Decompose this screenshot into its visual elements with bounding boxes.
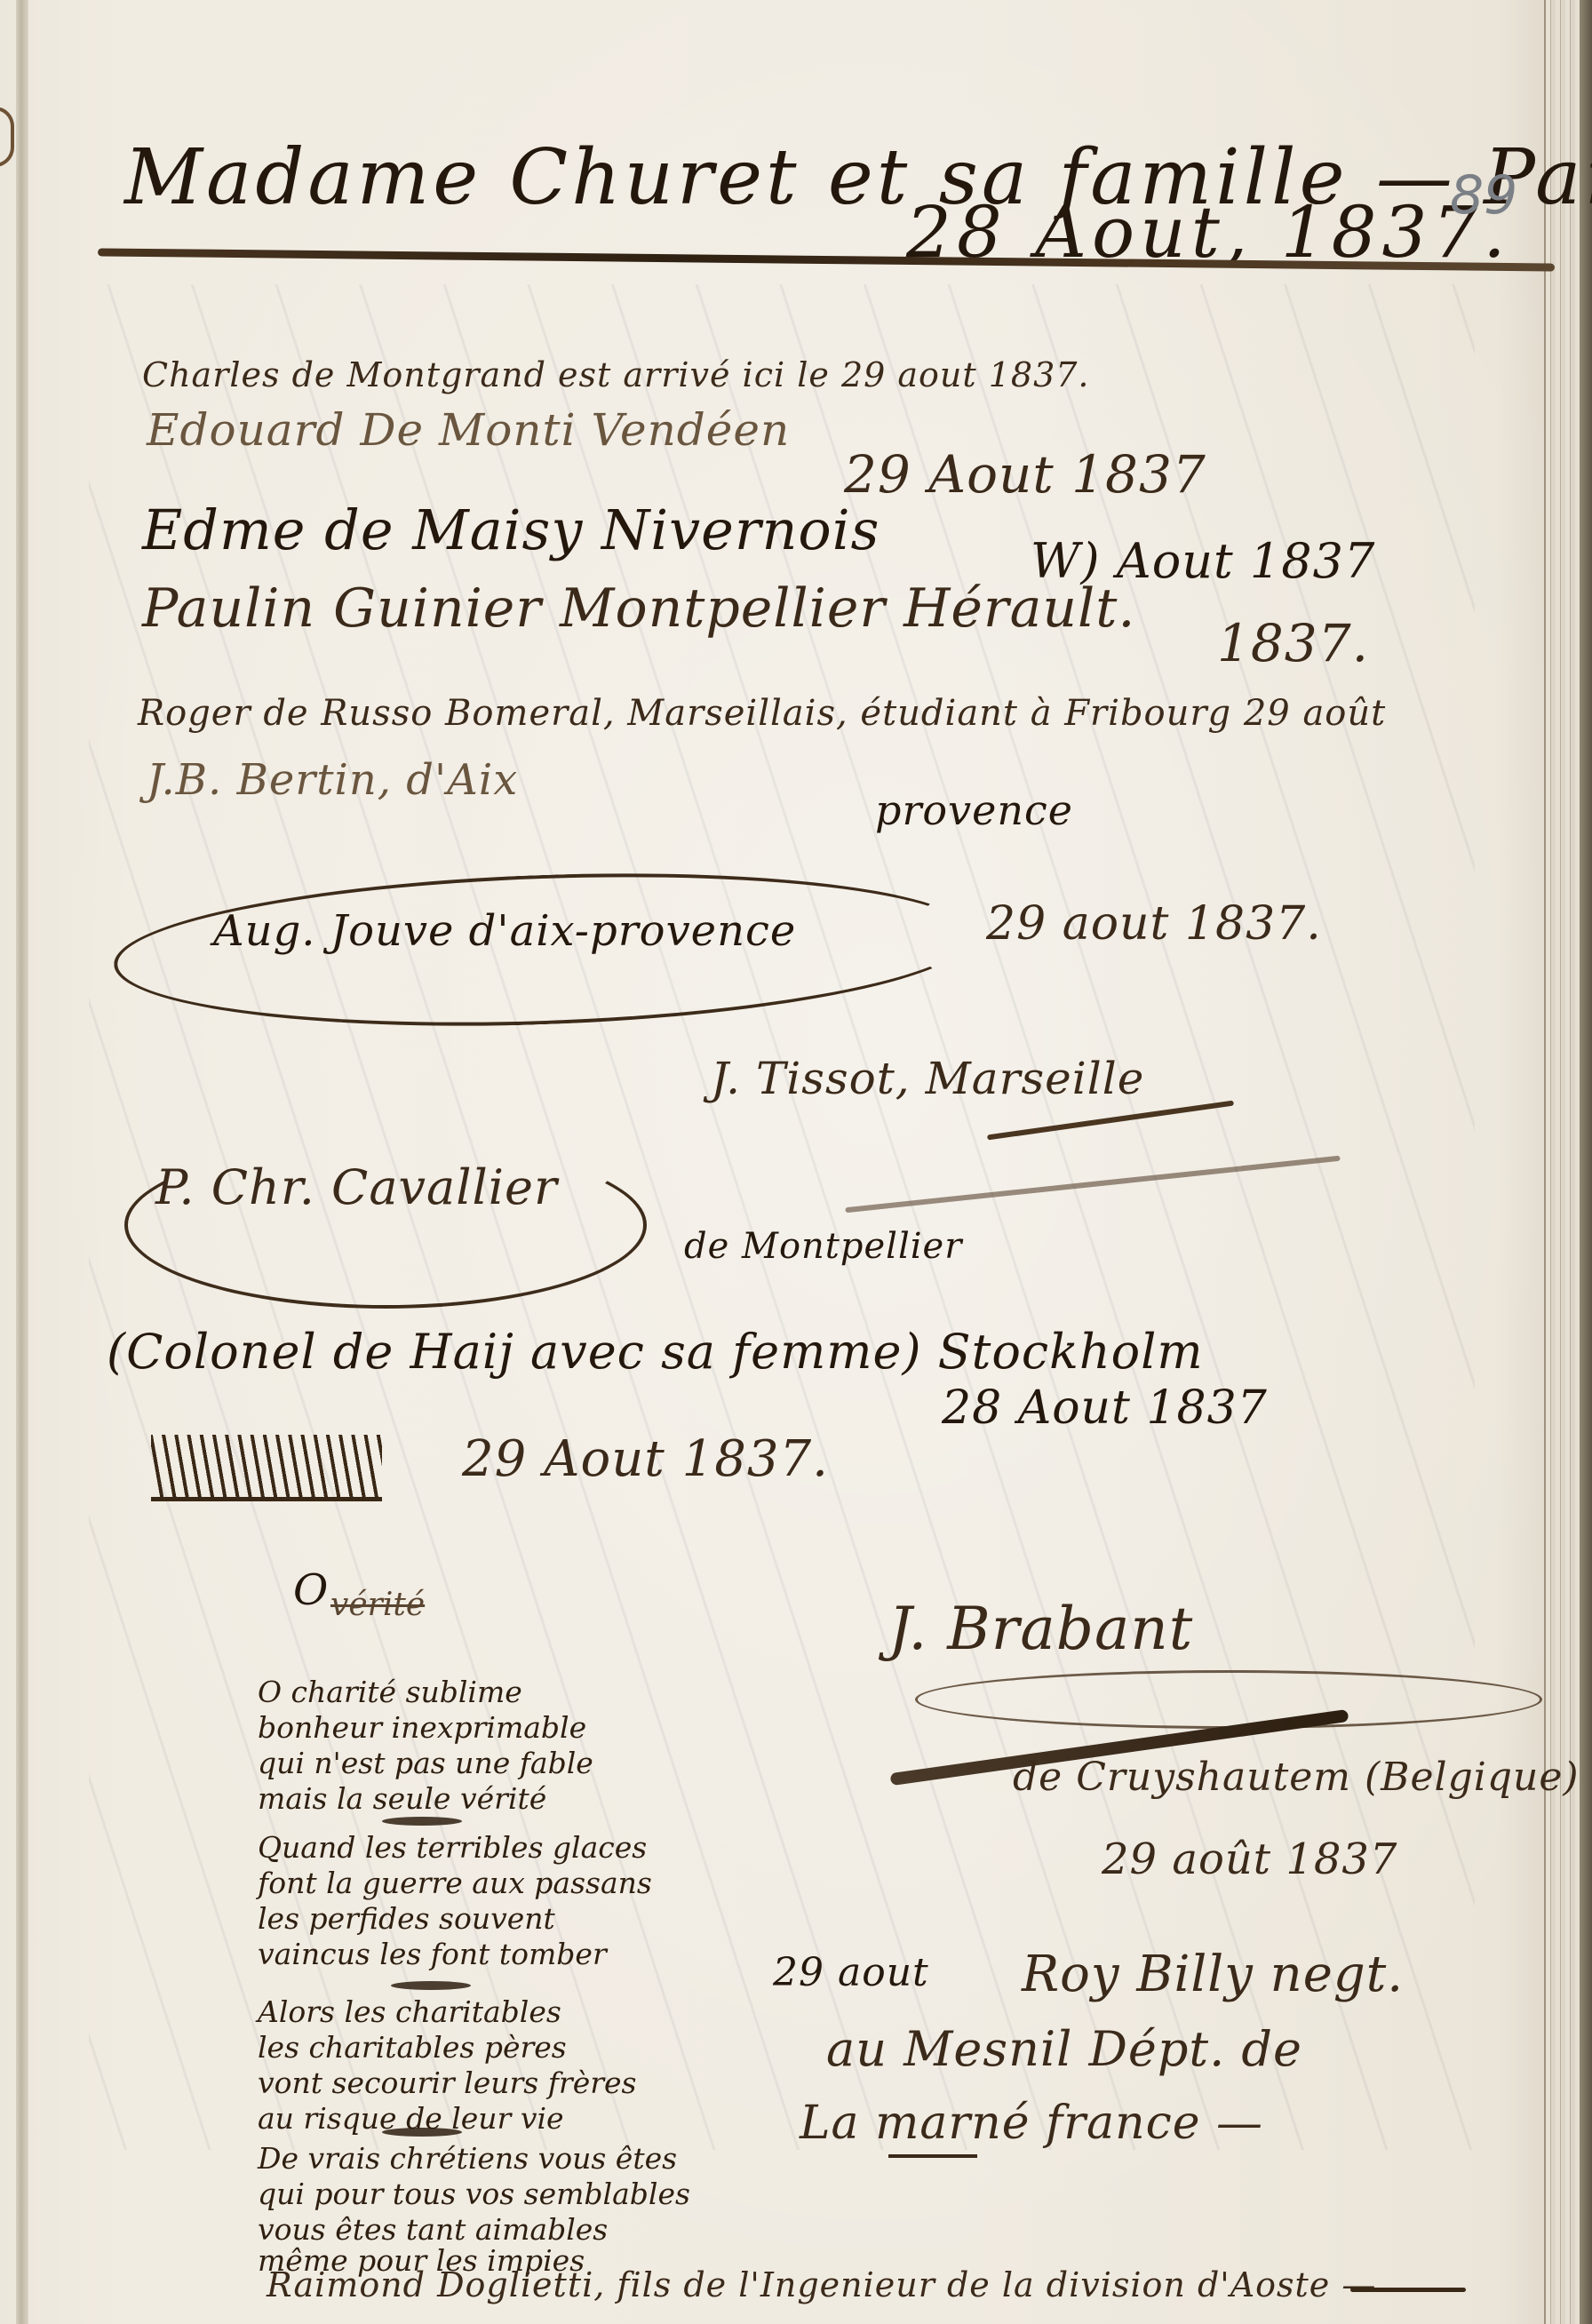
manuscript-page: Madame Churet et sa famille — Paris — 28… bbox=[0, 0, 1592, 2324]
entry-roy-billy: Roy Billy negt. bbox=[1022, 1946, 1404, 2003]
brabant-flourish bbox=[915, 1670, 1542, 1729]
entry-montgrand: Charles de Montgrand est arrivé ici le 2… bbox=[142, 355, 1090, 394]
entry-bertin: J.B. Bertin, d'Aix bbox=[147, 755, 518, 805]
binding-gutter bbox=[16, 0, 28, 2324]
poem-line: mais la seule vérité bbox=[258, 1781, 546, 1816]
poem-line: O charité sublime bbox=[258, 1675, 522, 1709]
poem-line: les charitables pères bbox=[258, 2030, 567, 2065]
entry-cavallier: P. Chr. Cavallier bbox=[155, 1159, 558, 1215]
struck-word: vérité bbox=[330, 1587, 425, 1623]
poem-line: vous êtes tant aimables bbox=[258, 2212, 608, 2247]
struck-entry-date: 29 Aout 1837. bbox=[462, 1430, 829, 1488]
signature-brabant: J. Brabant bbox=[888, 1595, 1193, 1663]
entry-russo: Roger de Russo Bomeral, Marseillais, étu… bbox=[138, 693, 1386, 734]
roy-date: 29 aout bbox=[773, 1950, 929, 1995]
poem-line: Alors les charitables bbox=[258, 1994, 561, 2029]
entry-maisy: Edme de Maisy Nivernois bbox=[142, 497, 880, 562]
poem-line: qui pour tous vos semblables bbox=[258, 2177, 690, 2211]
entry-doglietti: Raimond Doglietti, fils de l'Ingenieur d… bbox=[267, 2265, 1376, 2304]
entry-cavallier-place: de Montpellier bbox=[684, 1226, 962, 1267]
brabant-place: de Cruyshautem (Belgique) bbox=[1013, 1755, 1580, 1800]
stanza-divider bbox=[382, 1817, 462, 1826]
poem-line: les perfides souvent bbox=[258, 1901, 555, 1936]
marne-underline bbox=[888, 2154, 977, 2158]
page-edges bbox=[1544, 0, 1592, 2324]
entry-guinier: Paulin Guinier Montpellier Hérault. bbox=[142, 577, 1135, 640]
poem-line: Quand les terribles glaces bbox=[258, 1830, 647, 1865]
entry-jouve: Aug. Jouve d'aix-provence bbox=[213, 906, 796, 956]
poem-line: De vrais chrétiens vous êtes bbox=[258, 2141, 677, 2176]
poem-line: bonheur inexprimable bbox=[258, 1710, 586, 1745]
entry-tissot: J. Tissot, Marseille bbox=[711, 1053, 1144, 1104]
poem-line: vont secourir leurs frères bbox=[258, 2065, 636, 2100]
page-number: 89 bbox=[1450, 164, 1517, 227]
o-initial: O bbox=[293, 1565, 329, 1615]
poem-line: font la guerre aux passans bbox=[258, 1866, 652, 1900]
entry-colonel-haij-date: 28 Aout 1837 bbox=[942, 1381, 1268, 1435]
poem-line: qui n'est pas une fable bbox=[258, 1746, 593, 1780]
struck-signature bbox=[151, 1435, 382, 1501]
entry-jouve-date: 29 aout 1837. bbox=[986, 897, 1322, 951]
entry-roy-billy-line2: au Mesnil Dépt. de bbox=[826, 2021, 1302, 2077]
closing-dash bbox=[1350, 2288, 1466, 2292]
stanza-divider bbox=[382, 2128, 462, 2137]
entry-bertin-place: provence bbox=[875, 786, 1073, 834]
poem-line: vaincus les font tomber bbox=[258, 1937, 607, 1971]
stanza-divider bbox=[391, 1981, 471, 1990]
entry-de-monti-date: 29 Aout 1837 bbox=[844, 444, 1206, 505]
previous-page-ink-fragment bbox=[0, 107, 14, 167]
marseille-swash bbox=[987, 1101, 1234, 1141]
entry-de-monti: Edouard De Monti Vendéen bbox=[147, 404, 790, 456]
entry-colonel-haij: (Colonel de Haij avec sa femme) Stockhol… bbox=[107, 1324, 1204, 1380]
entry-roy-billy-line3: La marné france — bbox=[800, 2097, 1263, 2150]
faint-stroke bbox=[845, 1156, 1341, 1214]
entry-guinier-date: 1837. bbox=[1217, 613, 1369, 673]
brabant-date: 29 août 1837 bbox=[1102, 1835, 1397, 1884]
